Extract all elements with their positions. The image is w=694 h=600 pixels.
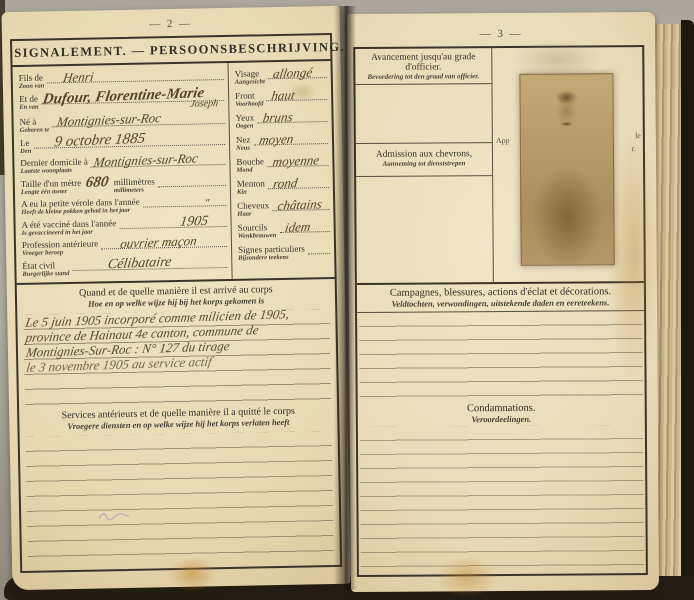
field-bouche: BoucheMond moyenne [236, 155, 328, 174]
right-page: — 3 — Avancement jusqu'au grade d'offici… [347, 12, 659, 592]
write-line: moyenne [267, 155, 329, 167]
label-fr: Fils de [19, 72, 45, 82]
label-nl: Bijzondere teekens [238, 254, 305, 263]
field-dernier-domicile: Dernier domicile à Laatste woonplaats Mo… [20, 154, 225, 175]
services-ruled-area [26, 431, 334, 567]
handwritten-value: ouvrier maçon [119, 233, 198, 252]
field-label: YeuxOogen [235, 112, 254, 130]
condemnations-heading: Condamnations. Veroordeelingen. [358, 397, 645, 427]
condemnations-ruled-area [360, 425, 644, 572]
field-nez: NezNeus moyen [236, 133, 328, 152]
write-line: ouvrier maçon [101, 236, 227, 249]
field-label: BoucheMond [236, 156, 264, 174]
write-line: rond [268, 177, 329, 189]
advancement-photo-section: Avancement jusqu'au grade d'officier. Be… [355, 47, 644, 285]
label-nl: Vroeger beroep [22, 248, 98, 257]
obscured-caption-fragment: le [635, 131, 641, 140]
label-fr: Menton [237, 178, 265, 189]
field-label: Taille d'un mètre Lengte één meter [21, 177, 82, 196]
handwritten-value: 1905 [178, 213, 209, 230]
signalement-columns: Fils de Zoon van Henri Et de En van [13, 61, 335, 285]
write-line: Dufour, Florentine-Marie Joseph [41, 90, 224, 105]
label-nl: Kin [237, 188, 265, 196]
right-page-number: — 3 — [347, 27, 655, 41]
label-nl: Den [20, 147, 31, 155]
field-label: Fils de Zoon van [19, 72, 45, 90]
label-fr: Nez [236, 135, 251, 145]
field-label: Dernier domicile à Laatste woonplaats [20, 157, 88, 176]
handwritten-value: Henri [61, 69, 94, 86]
field-petite-verole: A eu la petite vérole dans l'année Heeft… [21, 195, 226, 216]
field-label: Né à Geboren te [19, 116, 49, 134]
label-nl: Mond [236, 166, 264, 174]
write-line: bruns [257, 111, 328, 123]
label-fr: Visage [235, 68, 265, 79]
handwritten-value: allongé [272, 65, 314, 83]
field-signes-particuliers: Signes particuliersBijzondere teekens [238, 243, 330, 262]
write-line: allongé [268, 67, 327, 79]
field-menton: MentonKin rond [237, 177, 329, 196]
soldier-portrait-photo [519, 73, 614, 266]
arrival-ruled-area: Le 5 juin 1905 incorporé comme milicien … [23, 309, 331, 407]
admission-nl: Aanneming tot dienststrepen [358, 159, 490, 168]
handwritten-value: moyenne [271, 152, 320, 170]
label-nl: Neus [236, 145, 251, 153]
write-line: châtains [272, 199, 329, 211]
field-label: Et de En van [19, 93, 39, 111]
label-nl: Voorhoofd [235, 100, 263, 108]
field-yeux: YeuxOogen bruns [235, 111, 327, 130]
handwritten-value: idem [283, 219, 311, 236]
label-fr: Et de [19, 93, 39, 103]
field-label: millimètres millimeters [114, 176, 155, 194]
label-nl: Haar [237, 210, 269, 218]
advancement-heading: Avancement jusqu'au grade d'officier. Be… [355, 48, 491, 85]
handwritten-value: moyen [258, 131, 295, 148]
field-label: VisageAangezicht [235, 68, 265, 86]
write-line: ″ [143, 195, 227, 208]
field-sourcils: SourcilsWenkbrauwen idem [238, 221, 330, 240]
field-front: FrontVoorhoofd haut [235, 89, 327, 108]
field-label: Profession antérieure Vroeger beroep [22, 238, 99, 257]
label-nl: Wenkbrauwen [238, 232, 277, 240]
handwritten-height-mm: 680 [85, 174, 110, 191]
handwritten-value-secondary: Joseph [190, 98, 220, 110]
field-visage: VisageAangezicht allongé [235, 67, 327, 86]
field-label: État civil Burgerlijke stand [22, 260, 69, 278]
label-nl: Aangezicht [235, 78, 265, 86]
label-nl: En van [19, 103, 38, 111]
obscured-caption-fragment: r. [632, 144, 636, 153]
left-page-number: — 2 — [2, 15, 340, 33]
label-nl: Zoon van [19, 82, 45, 90]
handwritten-value: haut [270, 87, 296, 104]
campaigns-heading: Campagnes, blessures, actions d'éclat et… [357, 283, 644, 313]
label-nl: Oogen [236, 122, 255, 130]
label-nl: Laatste woonplaats [20, 167, 88, 176]
write-line: moyen [253, 133, 328, 145]
obscured-caption-fragment: App [496, 136, 510, 145]
field-label: NezNeus [236, 135, 251, 153]
advancement-fr: Avancement jusqu'au grade d'officier. [357, 52, 489, 73]
label-nl: Geboren te [20, 126, 50, 134]
advancement-cell: Avancement jusqu'au grade d'officier. Be… [355, 48, 494, 283]
description-column: VisageAangezicht allongé FrontVoorhoofd … [227, 61, 334, 279]
write-line: 9 octobre 1885 [34, 134, 225, 149]
field-profession: Profession antérieure Vroeger beroep ouv… [22, 236, 227, 257]
handwritten-value: bruns [261, 109, 293, 126]
write-line: idem [279, 221, 330, 233]
handwritten-value: 9 octobre 1885 [53, 130, 146, 151]
label-fr: Né à [19, 116, 49, 127]
write-line: Montignies-sur-Roc [91, 154, 226, 168]
label-nl: Heeft de kleine pokken gehad in het jaar [21, 207, 140, 217]
label-fr: Le [20, 137, 31, 147]
field-label: SourcilsWenkbrauwen [238, 222, 277, 240]
write-line: Célibataire [72, 257, 227, 271]
write-line [308, 243, 330, 254]
label-fr: Front [235, 90, 263, 101]
right-page-frame: Avancement jusqu'au grade d'officier. Be… [353, 45, 648, 577]
write-line: 1905 [119, 216, 227, 229]
field-label: Signes particuliersBijzondere teekens [238, 244, 305, 263]
label-fr: Bouche [236, 156, 264, 167]
faint-pencil-mark [97, 508, 131, 525]
handwritten-value: Montignies-sur-Roc [93, 150, 200, 170]
campaigns-ruled-area [359, 311, 643, 399]
handwritten-value: rond [272, 175, 299, 192]
admission-fr: Admission aux chevrons, [358, 149, 490, 160]
photo-cell: App le r. [492, 47, 644, 282]
field-label: A été vacciné dans l'année Is gevaccinee… [21, 218, 116, 237]
field-label: CheveuxHaar [237, 200, 269, 218]
field-label: A eu la petite vérole dans l'année Heeft… [21, 197, 140, 217]
field-etat-civil: État civil Burgerlijke stand Célibataire [22, 257, 227, 278]
label-fr: Yeux [235, 112, 254, 122]
write-line [158, 175, 226, 187]
field-et-de: Et de En van Dufour, Florentine-Marie Jo… [19, 90, 224, 111]
field-label: Le Den [20, 137, 32, 155]
handwritten-value: ″ [203, 197, 209, 209]
scanned-military-booklet: — 2 — SIGNALEMENT. — PERSOONSBESCHRIJVIN… [0, 0, 694, 600]
book-cover-right [681, 20, 694, 600]
label-nl: Lengte één meter [21, 187, 82, 196]
advancement-nl: Bevordering tot den graad van officier. [357, 72, 489, 81]
label-nl: millimeters [114, 186, 155, 194]
label-nl: Burgerlijke stand [22, 270, 69, 278]
label-fr: Cheveux [237, 200, 269, 211]
label-nl: Is gevaccineerd in het jaar [22, 228, 117, 237]
handwritten-value: Montignies-sur-Roc [56, 110, 163, 130]
admission-chevrons-heading: Admission aux chevrons, Aanneming tot di… [356, 142, 492, 177]
write-line: Henri [47, 69, 224, 83]
condemnations-nl: Veroordeelingen. [360, 413, 643, 425]
book-gutter-shadow [334, 6, 356, 590]
write-line: haut [266, 89, 327, 101]
handwritten-value: châtains [276, 196, 323, 214]
field-label: MentonKin [237, 178, 265, 196]
handwritten-value: Célibataire [106, 254, 172, 273]
left-page-frame: SIGNALEMENT. — PERSOONSBESCHRIJVING. Fil… [10, 33, 342, 573]
campaigns-nl: Veldtochten, verwondingen, uitstekende d… [359, 297, 642, 309]
field-label: FrontVoorhoofd [235, 90, 264, 108]
write-line: Montignies-sur-Roc [52, 113, 225, 127]
field-cheveux: CheveuxHaar châtains [237, 199, 329, 218]
identity-column: Fils de Zoon van Henri Et de En van [13, 63, 232, 283]
field-taille: Taille d'un mètre Lengte één meter 680 m… [21, 175, 226, 196]
left-page: — 2 — SIGNALEMENT. — PERSOONSBESCHRIJVIN… [1, 6, 350, 590]
